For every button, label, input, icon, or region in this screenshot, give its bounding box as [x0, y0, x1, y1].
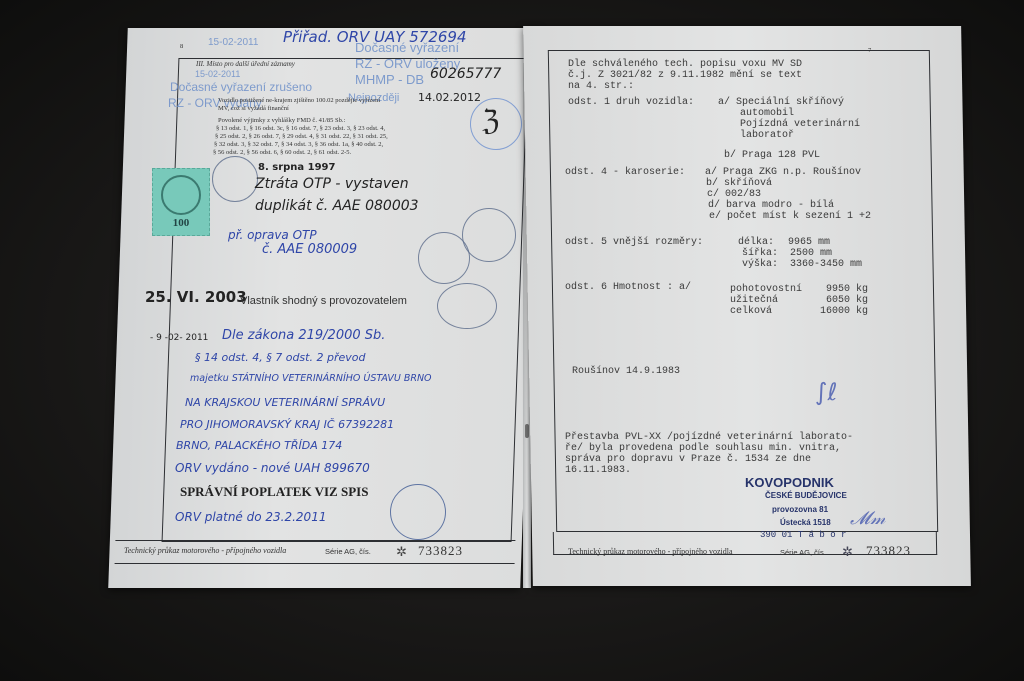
section6-ready-label: pohotovostní	[730, 284, 802, 295]
company-stamp-zip-city: 390 01 T á b o r	[760, 530, 846, 540]
deadline-date: 14.02.2012	[418, 91, 481, 104]
handwriting-line7: ORV vydáno - nové UAH 899670	[175, 461, 370, 475]
entry-correction-line2: č. AAE 080009	[262, 242, 357, 257]
section6-payload-label: užitečná	[730, 295, 778, 306]
printed-notice-line2: MV, což si vyžádá finanční	[218, 105, 289, 113]
section4-item-a: a/ Praga ZKG n.p. Roušínov	[705, 167, 861, 178]
exceptions-line1: Povolené výjimky z vyhlášky FMD č. 41/85…	[218, 117, 345, 125]
stamp-cancel-line1: Dočasné vyřazení zrušeno	[170, 80, 312, 94]
round-stamp-1997	[212, 156, 258, 202]
handwriting-line5: PRO JIHOMORAVSKÝ KRAJ IČ 67392281	[180, 418, 394, 431]
section6-ready-value: 9950 kg	[826, 284, 868, 295]
fee-note: SPRÁVNÍ POPLATEK VIZ SPIS	[180, 484, 368, 500]
entry-2011-date: - 9 -02- 2011	[150, 333, 208, 343]
handwriting-line6: BRNO, PALACKÉHO TŘÍDA 174	[176, 439, 342, 452]
section6-payload-value: 6050 kg	[826, 295, 868, 306]
rebuild-note-line3: správa pro dopravu v Praze č. 1534 ze dn…	[565, 454, 811, 465]
signature-right: ∫ℓ	[815, 378, 837, 406]
revenue-stamp: 100	[152, 168, 210, 236]
intro-line2: č.j. Z 3021/82 z 9.11.1982 mění se text	[568, 70, 802, 81]
rebuild-note-line4: 16.11.1983.	[565, 465, 631, 476]
signature-top: ℨ	[482, 104, 499, 137]
stamp-temp-removal-line3: MHMP - DB	[355, 72, 424, 87]
right-footer-title: Technický průkaz motorového - přípojného…	[568, 547, 733, 556]
handwriting-line2: § 14 odst. 4, § 7 odst. 2 převod	[195, 351, 365, 364]
right-page-number: 7	[868, 47, 871, 55]
section1-a-line3: Pojízdná veterinární	[740, 119, 860, 130]
left-page-number: 8	[180, 43, 183, 51]
company-stamp-branch: provozovna 81	[772, 505, 828, 514]
round-stamp-2	[462, 208, 516, 262]
section5-label: odst. 5 vnější rozměry:	[565, 237, 703, 248]
section4-item-b: b/ skříňová	[706, 178, 772, 189]
section4-item-e: e/ počet míst k sezení 1 +2	[709, 211, 871, 222]
printed-notice-line1: Vozidlo postižené ne-krajem zjištěno 100…	[218, 97, 380, 105]
round-stamp-3	[418, 232, 470, 284]
entry-1997-line1: Ztráta OTP - vystaven	[255, 176, 409, 192]
left-serial-mark-icon: ✲	[396, 544, 407, 560]
revenue-stamp-value: 100	[153, 217, 209, 229]
section1-a-line2: automobil	[740, 108, 794, 119]
section-heading: III. Místo pro další úřední záznamy	[196, 60, 295, 68]
left-serial-number: 733823	[418, 543, 463, 559]
section6-total-value: 16000 kg	[820, 306, 868, 317]
section4-item-c: c/ 002/83	[707, 189, 761, 200]
exceptions-line4: § 32 odst. 3, § 32 odst. 7, § 34 odst. 3…	[214, 141, 383, 149]
signature-company: 𝓜𝓂	[850, 508, 885, 529]
stamp-left-date: 15-02-2011	[195, 69, 240, 79]
exceptions-line3: § 25 odst. 2, § 26 odst. 7, § 29 odst. 4…	[215, 133, 388, 141]
section4-label: odst. 4 - karoserie:	[565, 167, 685, 178]
company-stamp-street: Ústecká 1518	[780, 518, 831, 527]
right-serial-mark-icon: ✲	[842, 544, 853, 560]
company-stamp-name: KOVOPODNIK	[745, 475, 834, 490]
handwriting-line3: majetku STÁTNÍHO VETERINÁRNÍHO ÚSTAVU BR…	[190, 373, 432, 384]
entry-1997-date: 8. srpna 1997	[258, 162, 335, 173]
left-footer-title: Technický průkaz motorového - přípojného…	[124, 546, 286, 555]
section5-width-value: 2500 mm	[790, 248, 832, 259]
section5-length-label: délka:	[738, 237, 774, 248]
section6-label: odst. 6 Hmotnost : a/	[565, 282, 691, 293]
section5-height-label: výška:	[742, 259, 778, 270]
stamp-temp-removal-line1: Dočasné vyřazení	[355, 40, 459, 56]
revenue-stamp-emblem-icon	[161, 175, 201, 215]
section1-b: b/ Praga 128 PVL	[724, 150, 820, 161]
round-stamp-fee	[390, 484, 446, 540]
right-footer-series: Série AG, čís.	[780, 548, 826, 557]
place-date: Roušínov 14.9.1983	[572, 366, 680, 377]
section1-label: odst. 1 druh vozidla:	[568, 97, 694, 108]
section5-length-value: 9965 mm	[788, 237, 830, 248]
section4-item-d: d/ barva modro - bílá	[708, 200, 834, 211]
entry-2003-date: 25. VI. 2003	[145, 288, 247, 306]
section1-a-line4: laboratoř	[740, 130, 794, 141]
section6-total-label: celková	[730, 306, 772, 317]
stamp-number-handwritten: 60265777	[430, 66, 501, 82]
handwriting-line1: Dle zákona 219/2000 Sb.	[222, 328, 385, 343]
right-serial-number: 733823	[866, 543, 911, 559]
intro-line3: na 4. str.:	[568, 81, 634, 92]
top-date-stamp: 15-02-2011	[208, 37, 258, 48]
staple-bottom	[525, 424, 529, 438]
exceptions-line2: § 13 odst. 1, § 16 odst. 3c, § 16 odst. …	[216, 125, 385, 133]
rebuild-note-line1: Přestavba PVL-XX /pojízdné veterinární l…	[565, 432, 853, 443]
company-stamp-city: ČESKÉ BUDĚJOVICE	[765, 491, 847, 500]
fee-handwriting: ORV platné do 23.2.2011	[175, 510, 326, 524]
entry-correction-line1: př. oprava OTP	[228, 228, 317, 242]
intro-line1: Dle schváleného tech. popisu voxu MV SD	[568, 59, 802, 70]
section5-width-label: šířka:	[742, 248, 778, 259]
left-footer-series: Série AG, čís.	[325, 547, 371, 556]
section1-a-line1: a/ Speciální skříňový	[718, 97, 844, 108]
section5-height-value: 3360-3450 mm	[790, 259, 862, 270]
rebuild-note-line2: ře/ byla provedena podle souhlasu min. v…	[565, 443, 841, 454]
entry-2003-text: Vlastník shodný s provozovatelem	[240, 295, 407, 307]
entry-1997-line2: duplikát č. AAE 080003	[255, 198, 419, 214]
round-stamp-4	[437, 283, 497, 329]
handwriting-line4: NA KRAJSKOU VETERINÁRNÍ SPRÁVU	[185, 396, 385, 409]
